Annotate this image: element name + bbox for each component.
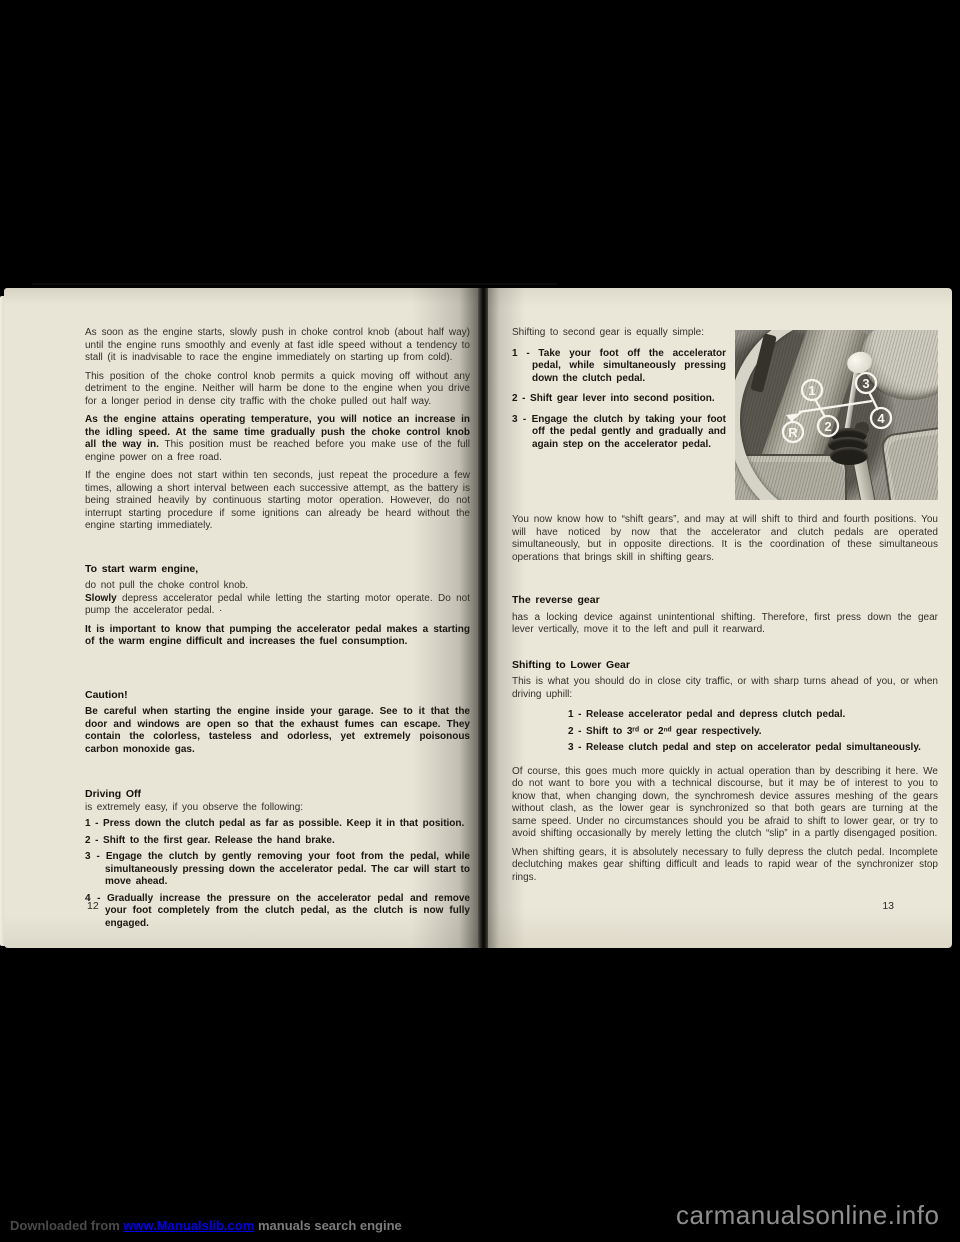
paragraph-caution-body: Be careful when starting the engine insi…: [85, 706, 470, 756]
manual-page-12: As soon as the engine starts, slowly pus…: [4, 288, 478, 948]
list-item: 4 - Gradually increase the pressure on t…: [85, 893, 470, 931]
page-number: 12: [87, 900, 99, 913]
paragraph-operating-temperature: As the engine attains operating temperat…: [85, 414, 470, 464]
list-item: 2 - Shift gear lever into second positio…: [512, 393, 726, 406]
list-item: 3 - Engage the clutch by taking your foo…: [512, 414, 726, 452]
page-number: 13: [882, 900, 894, 913]
manualslib-link[interactable]: www.Manualslib.com: [123, 1218, 254, 1233]
lower-gear-intro: This is what you should do in close city…: [512, 676, 938, 701]
second-gear-intro: Shifting to second gear is equally simpl…: [512, 327, 726, 340]
paragraph-when-shifting: When shifting gears, it is absolutely ne…: [512, 847, 938, 885]
list-item: 3 - Engage the clutch by gently removing…: [85, 851, 470, 889]
gear-position-3-label: 3: [862, 376, 869, 391]
list-item: 2 - Shift to the first gear. Release the…: [85, 835, 470, 848]
bold-run: Slowly: [85, 593, 117, 604]
manualslib-watermark: Downloaded from www.Manualslib.com manua…: [10, 1218, 402, 1233]
warm-engine-line2: Slowly depress accelerator pedal while l…: [85, 593, 470, 618]
lower-gear-list: 1 - Release accelerator pedal and depres…: [512, 709, 938, 755]
paragraph-know-how: You now know how to “shift gears”, and m…: [512, 514, 938, 564]
paragraph-important-note: It is important to know that pumping the…: [85, 624, 470, 649]
manual-page-13: Shifting to second gear is equally simpl…: [488, 288, 952, 948]
paragraph-choke-push: As soon as the engine starts, slowly pus…: [85, 327, 470, 365]
watermark-suffix: manuals search engine: [254, 1218, 401, 1233]
gear-position-r-label: R: [788, 425, 798, 440]
paragraph-of-course: Of course, this goes much more quickly i…: [512, 766, 938, 841]
list-item: 1 - Press down the clutch pedal as far a…: [85, 818, 470, 831]
book-gutter: [478, 288, 488, 948]
book-spread: As soon as the engine starts, slowly pus…: [4, 288, 952, 948]
shift-pattern-diagram: 1 2 3 4 R: [735, 330, 938, 500]
heading-shifting-lower-gear: Shifting to Lower Gear: [512, 659, 938, 672]
second-gear-section: Shifting to second gear is equally simpl…: [512, 327, 938, 500]
paragraph-choke-position: This position of the choke control knob …: [85, 371, 470, 409]
second-gear-text-column: Shifting to second gear is equally simpl…: [512, 327, 726, 500]
shift-line-horizontal: [799, 401, 872, 412]
gear-position-4-label: 4: [877, 411, 885, 426]
heading-driving-off: Driving Off: [85, 788, 470, 801]
warm-engine-line1: do not pull the choke control knob.: [85, 580, 470, 593]
gear-position-2-label: 2: [824, 419, 831, 434]
paragraph-ten-seconds: If the engine does not start within ten …: [85, 470, 470, 533]
list-item: 1 - Take your foot off the accelerator p…: [512, 348, 726, 386]
heading-reverse-gear: The reverse gear: [512, 594, 938, 607]
watermark-prefix: Downloaded from: [10, 1218, 123, 1233]
driving-off-intro: is extremely easy, if you observe the fo…: [85, 802, 470, 815]
heading-start-warm-engine: To start warm engine,: [85, 563, 470, 576]
regular-run: depress accelerator pedal while letting …: [85, 593, 470, 617]
gear-position-1-label: 1: [808, 383, 815, 398]
paragraph-reverse-body: has a locking device against unintention…: [512, 612, 938, 637]
heading-caution: Caution!: [85, 689, 470, 702]
carmanualsonline-watermark: carmanualsonline.info: [676, 1200, 939, 1231]
list-item: 3 - Release clutch pedal and step on acc…: [568, 742, 938, 755]
list-item: 1 - Release accelerator pedal and depres…: [568, 709, 938, 722]
list-item: 2 - Shift to 3ʳᵈ or 2ⁿᵈ gear respectivel…: [568, 726, 938, 739]
gear-shift-photo: 1 2 3 4 R: [735, 330, 938, 500]
